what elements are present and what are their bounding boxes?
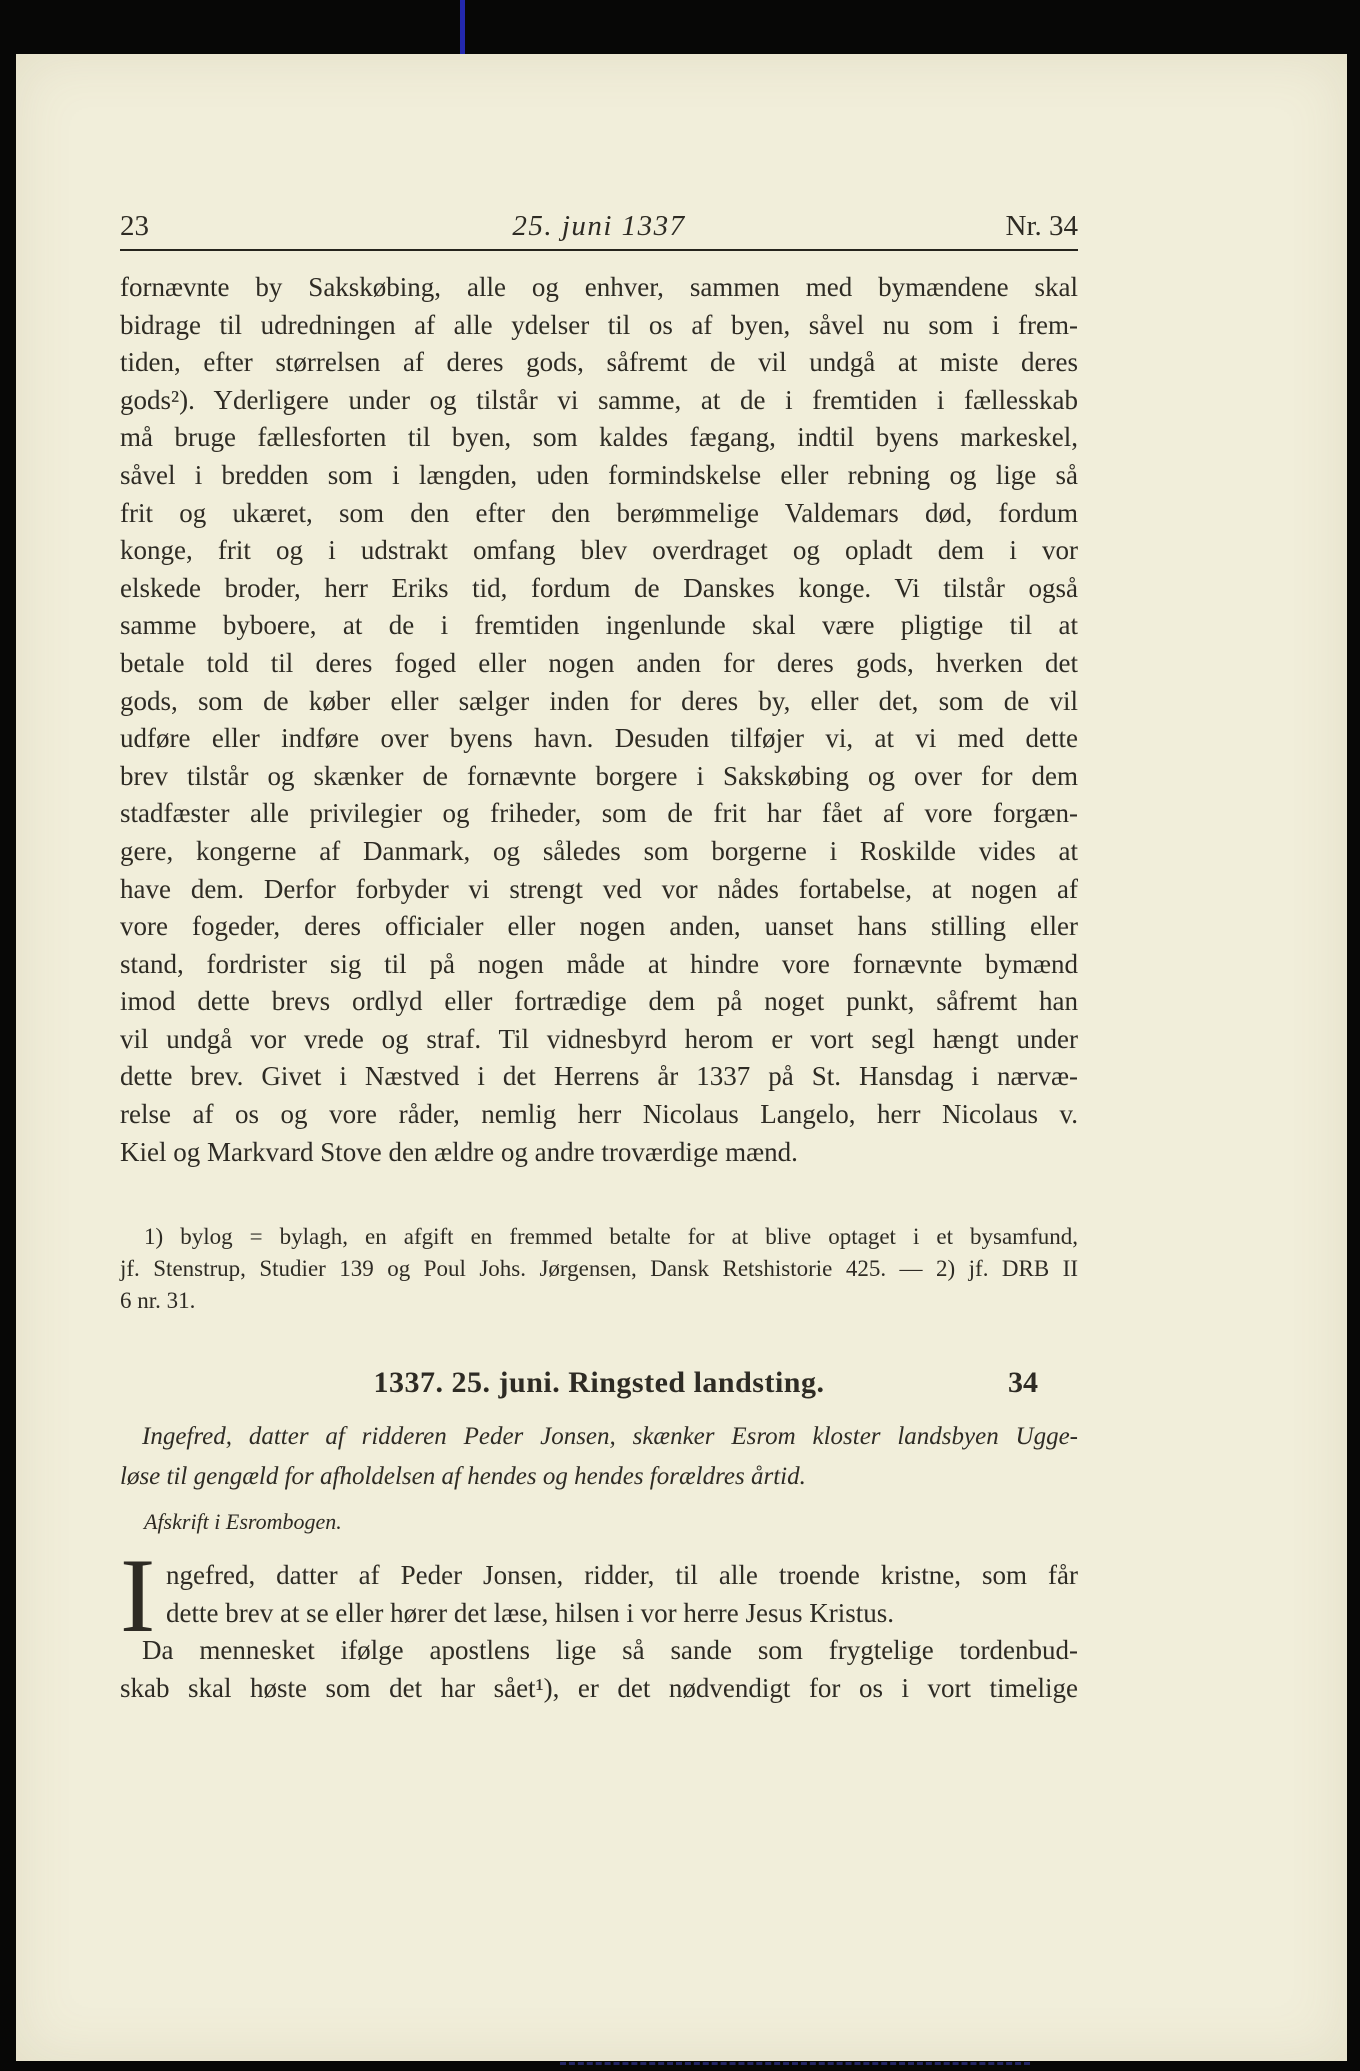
source-note: Afskrift i Esrombogen.	[120, 1507, 1078, 1537]
summary-line: Ingefred, datter af ridderen Peder Jonse…	[120, 1417, 1078, 1457]
entry-heading-number: 34	[1008, 1363, 1038, 1403]
body-line: fornævnte by Sakskøbing, alle og enhver,…	[120, 269, 1078, 307]
body-line: elskede broder, herr Eriks tid, fordum d…	[120, 570, 1078, 608]
scan-artifact-blue-line	[460, 0, 465, 57]
body-line: gods, som de køber eller sælger inden fo…	[120, 683, 1078, 721]
body-line: dette brev. Givet i Næstved i det Herren…	[120, 1058, 1078, 1096]
footnote-line: 1) bylog = bylagh, en afgift en fremmed …	[120, 1221, 1078, 1253]
document-number: Nr. 34	[1006, 206, 1079, 246]
body-line: frit og ukæret, som den efter den berømm…	[120, 495, 1078, 533]
body-line: stand, fordrister sig til på nogen måde …	[120, 946, 1078, 984]
body-line: må bruge fællesforten til byen, som kald…	[120, 419, 1078, 457]
footnote-line: 6 nr. 31.	[120, 1285, 1078, 1317]
entry-opening-paragraph: I ngefred, datter af Peder Jonsen, ridde…	[120, 1557, 1078, 1632]
body-line: relse af os og vore råder, nemlig herr N…	[120, 1096, 1078, 1134]
footnote: 1) bylog = bylagh, en afgift en fremmed …	[120, 1221, 1078, 1317]
entry-summary: Ingefred, datter af ridderen Peder Jonse…	[120, 1417, 1078, 1497]
body-line: samme byboere, at de i fremtiden ingenlu…	[120, 607, 1078, 645]
paragraph-line: Da mennesket ifølge apostlens lige så sa…	[120, 1632, 1078, 1670]
body-line: stadfæster alle privilegier og friheder,…	[120, 795, 1078, 833]
body-line: betale told til deres foged eller nogen …	[120, 645, 1078, 683]
entry-heading-text: 1337. 25. juni. Ringsted landsting.	[120, 1363, 1078, 1403]
paper-page: 23 25. juni 1337 Nr. 34 fornævnte by Sak…	[16, 54, 1347, 2061]
body-line: bidrage til udredningen af alle ydelser …	[120, 307, 1078, 345]
scan-artifact-blue-dashes	[560, 2062, 1030, 2065]
paragraph-line: ngefred, datter af Peder Jonsen, ridder,…	[166, 1557, 1078, 1595]
body-line: gods²). Yderligere under og tilstår vi s…	[120, 382, 1078, 420]
body-line: såvel i bredden som i længden, uden form…	[120, 457, 1078, 495]
paragraph-line: skab skal høste som det har sået¹), er d…	[120, 1670, 1078, 1708]
body-line: have dem. Derfor forbyder vi strengt ved…	[120, 871, 1078, 909]
second-paragraph: Da mennesket ifølge apostlens lige så sa…	[120, 1632, 1078, 1707]
drop-cap-initial: I	[120, 1557, 155, 1635]
scanned-book-page: 23 25. juni 1337 Nr. 34 fornævnte by Sak…	[0, 0, 1360, 2071]
body-line: imod dette brevs ordlyd eller fortrædige…	[120, 983, 1078, 1021]
paragraph-with-initial: ngefred, datter af Peder Jonsen, ridder,…	[166, 1557, 1078, 1632]
page-content: 23 25. juni 1337 Nr. 34 fornævnte by Sak…	[120, 54, 1078, 1708]
running-header: 23 25. juni 1337 Nr. 34	[120, 206, 1078, 246]
header-date: 25. juni 1337	[120, 206, 1078, 246]
body-line: brev tilstår og skænker de fornævnte bor…	[120, 758, 1078, 796]
body-line: vore fogeder, deres officialer eller nog…	[120, 908, 1078, 946]
header-rule	[120, 249, 1078, 251]
body-line: gere, kongerne af Danmark, og således so…	[120, 833, 1078, 871]
body-line: tiden, efter størrelsen af deres gods, s…	[120, 344, 1078, 382]
entry-heading: 1337. 25. juni. Ringsted landsting. 34	[120, 1363, 1078, 1403]
summary-line: løse til gengæld for afholdelsen af hend…	[120, 1457, 1078, 1497]
paragraph-line: dette brev at se eller hører det læse, h…	[166, 1595, 1078, 1633]
body-line: udføre eller indføre over byens havn. De…	[120, 720, 1078, 758]
body-line: konge, frit og i udstrakt omfang blev ov…	[120, 532, 1078, 570]
body-line: Kiel og Markvard Stove den ældre og andr…	[120, 1134, 1078, 1172]
entry-body-text: fornævnte by Sakskøbing, alle og enhver,…	[120, 269, 1078, 1171]
footnote-line: jf. Stenstrup, Studier 139 og Poul Johs.…	[120, 1253, 1078, 1285]
body-line: vil undgå vor vrede og straf. Til vidnes…	[120, 1021, 1078, 1059]
